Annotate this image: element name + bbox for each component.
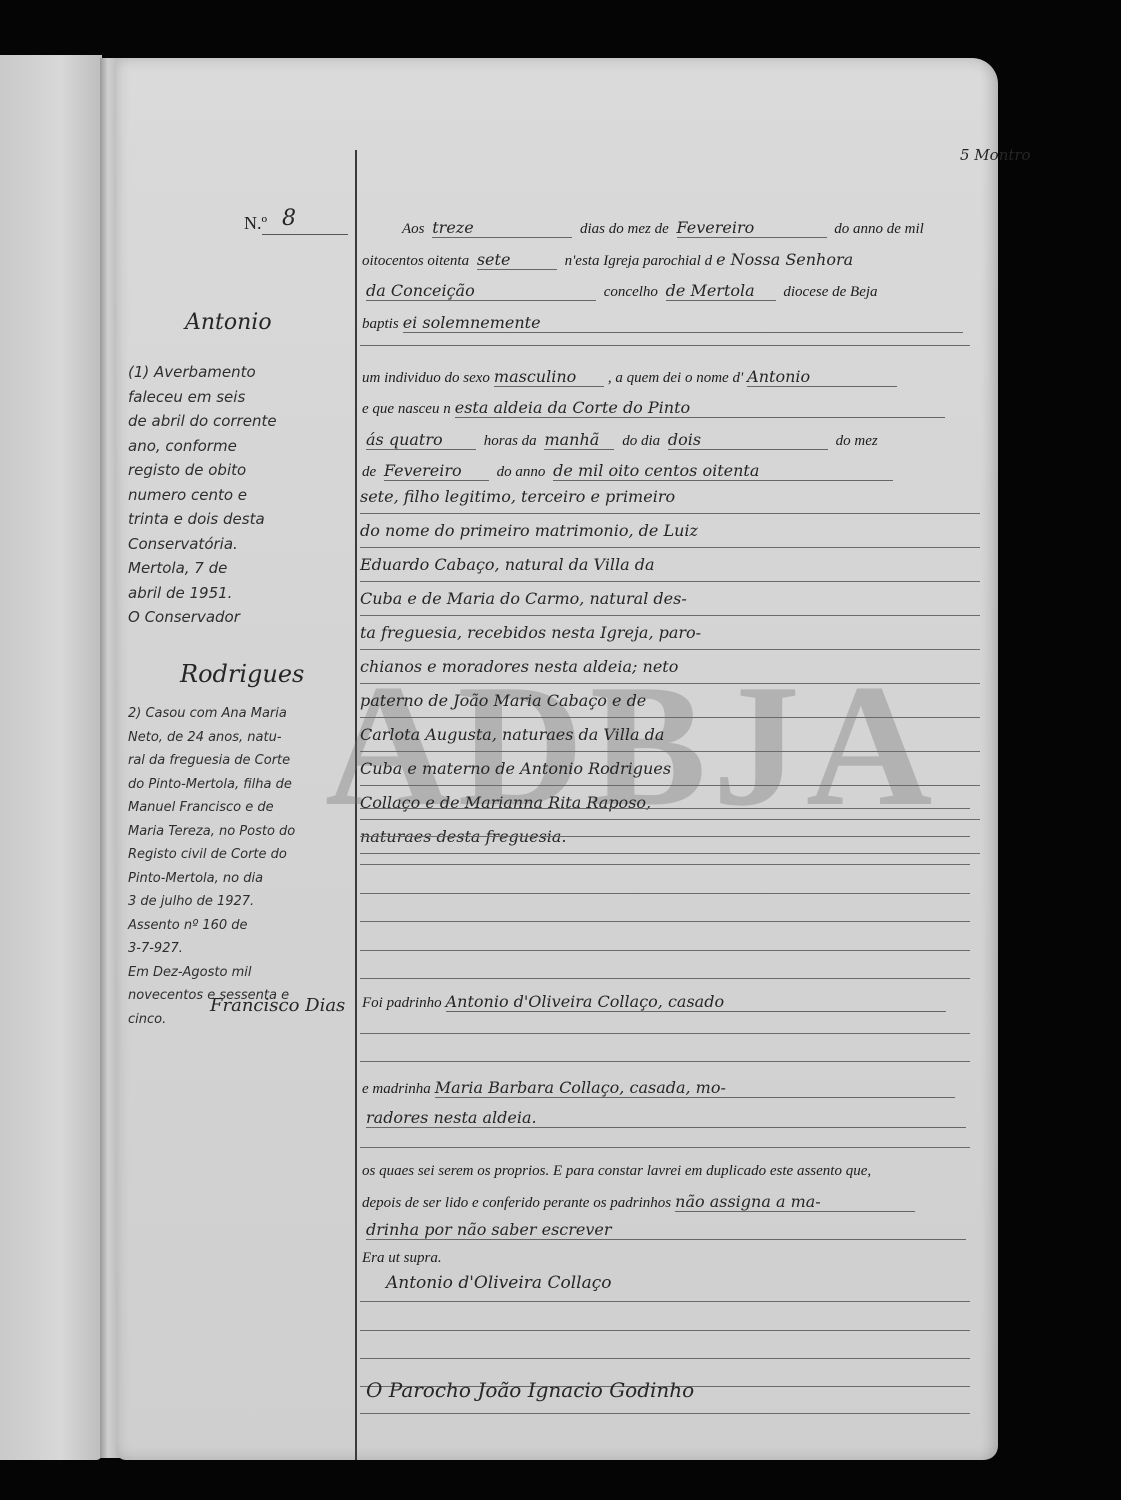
closing-line-2: depois de ser lido e conferido perante o… <box>362 1192 972 1212</box>
ruled-line <box>360 1358 970 1359</box>
ruled-line <box>360 836 970 837</box>
godmother-field-cont: radores nesta aldeia. <box>366 1108 966 1128</box>
ruled-line <box>360 1147 970 1148</box>
ruled-line <box>360 893 970 894</box>
form-line-baptised: baptisei solemnemente <box>362 313 972 333</box>
form-line-year-parish: oitocentos oitenta sete n'esta Igreja pa… <box>362 250 972 270</box>
hour-field: ás quatro <box>366 430 476 450</box>
priest-signature: O Parocho João Ignacio Godinho <box>366 1378 694 1402</box>
closing-line-1: os quaes sei serem os proprios. E para c… <box>362 1163 972 1180</box>
body-line: sete, filho legitimo, terceiro e primeir… <box>360 480 980 514</box>
closing-line-3: drinha por não saber escrever <box>362 1220 972 1240</box>
birth-day-field: dois <box>668 430 828 450</box>
note-line: Assento nº 160 de <box>128 914 356 938</box>
baptism-manner-field: ei solemnemente <box>403 313 963 333</box>
page-edge-shadow <box>980 58 998 1460</box>
note-line: faleceu em seis <box>128 385 356 410</box>
note-line: do Pinto-Mertola, filha de <box>128 773 356 797</box>
form-line-sex-name: um individuo do sexomasculino, a quem de… <box>362 367 972 387</box>
margin-note2-signature: Francisco Dias <box>210 995 345 1016</box>
margin-note-marriage-annotation: 2) Casou com Ana Maria Neto, de 24 anos,… <box>128 702 356 1031</box>
ruled-line <box>360 345 970 346</box>
form-line-date: Aos treze dias do mez de Fevereiro do an… <box>362 218 1012 238</box>
parish-cont-field: da Conceição <box>366 281 596 301</box>
birthplace-field: esta aldeia da Corte do Pinto <box>455 398 945 418</box>
note-line: 2) Casou com Ana Maria <box>128 702 356 726</box>
council-field: de Mertola <box>666 281 776 301</box>
form-line-birth-time: ás quatro horas da manhã do dia dois do … <box>362 430 972 450</box>
entry-number-label: N.º <box>244 213 267 234</box>
signing-note-field: não assigna a ma- <box>675 1192 915 1212</box>
birth-year-field: de mil oito centos oitenta <box>553 461 893 481</box>
note-line: Pinto-Mertola, no dia <box>128 867 356 891</box>
left-facing-page <box>0 55 102 1460</box>
body-line: Cuba e de Maria do Carmo, natural des- <box>360 582 980 616</box>
form-line-council: da Conceição concelho de Mertola diocese… <box>362 281 972 301</box>
birth-month-field: Fevereiro <box>384 461 489 481</box>
ruled-line <box>360 864 970 865</box>
margin-note1-signature: Rodrigues <box>180 660 304 688</box>
signing-note-cont: drinha por não saber escrever <box>366 1220 966 1240</box>
note-line: ral da freguesia de Corte <box>128 749 356 773</box>
margin-note-death-annotation: (1) Averbamento faleceu em seis de abril… <box>128 360 356 630</box>
note-line: abril de 1951. <box>128 581 356 606</box>
note-line: Em Dez-Agosto mil <box>128 961 356 985</box>
month-field: Fevereiro <box>677 218 827 238</box>
body-line: chianos e moradores nesta aldeia; neto <box>360 650 980 684</box>
body-line: paterno de João Maria Cabaço e de <box>360 684 980 718</box>
sex-field: masculino <box>494 367 604 387</box>
godfather-line: Foi padrinhoAntonio d'Oliveira Collaço, … <box>362 992 972 1012</box>
margin-child-name: Antonio <box>185 310 272 335</box>
note-line: Mertola, 7 de <box>128 556 356 581</box>
ruled-line <box>360 921 970 922</box>
body-line: Carlota Augusta, naturaes da Villa da <box>360 718 980 752</box>
note-line: ano, conforme <box>128 434 356 459</box>
body-line: do nome do primeiro matrimonio, de Luiz <box>360 514 980 548</box>
note-line: registo de obito <box>128 458 356 483</box>
note-line: O Conservador <box>128 605 356 630</box>
note-line: 3 de julho de 1927. <box>128 890 356 914</box>
note-line: (1) Averbamento <box>128 360 356 385</box>
entry-number: 8 <box>282 206 296 231</box>
period-field: manhã <box>544 430 614 450</box>
ruled-line <box>360 1413 970 1414</box>
corner-note: 5 Montro <box>960 146 1031 164</box>
body-line: naturaes desta freguesia. <box>360 820 980 854</box>
note-line: de abril do corrente <box>128 409 356 434</box>
ruled-line <box>360 1061 970 1062</box>
day-field: treze <box>432 218 572 238</box>
note-line: 3-7-927. <box>128 937 356 961</box>
note-line: Conservatória. <box>128 532 356 557</box>
padrinho-signature-line: Antonio d'Oliveira Collaço <box>362 1273 992 1293</box>
ruled-line <box>360 950 970 951</box>
body-line: ta freguesia, recebidos nesta Igreja, pa… <box>360 616 980 650</box>
note-line: numero cento e <box>128 483 356 508</box>
body-line: Cuba e materno de Antonio Rodrigues <box>360 752 980 786</box>
ruled-line <box>360 1033 970 1034</box>
note-line: Manuel Francisco e de <box>128 796 356 820</box>
note-line: Registo civil de Corte do <box>128 843 356 867</box>
era-ut-supra: Era ut supra. <box>362 1250 972 1267</box>
form-line-birthplace: e que nasceu nesta aldeia da Corte do Pi… <box>362 398 972 418</box>
godmother-line: e madrinhaMaria Barbara Collaço, casada,… <box>362 1078 972 1098</box>
body-line: Collaço e de Marianna Rita Raposo, <box>360 786 980 820</box>
ruled-line <box>360 978 970 979</box>
ruled-line <box>360 1301 970 1302</box>
godfather-field: Antonio d'Oliveira Collaço, casado <box>446 992 946 1012</box>
priest-signature-line: O Parocho João Ignacio Godinho <box>362 1378 972 1402</box>
form-line-birth-year: de Fevereiro do anno de mil oito centos … <box>362 461 972 481</box>
entry-body-text: sete, filho legitimo, terceiro e primeir… <box>360 480 980 854</box>
note-line: Maria Tereza, no Posto do <box>128 820 356 844</box>
child-name-field: Antonio <box>747 367 897 387</box>
parish-field: e Nossa Senhora <box>716 250 853 269</box>
ruled-line <box>360 1330 970 1331</box>
entry-number-underline <box>262 234 348 235</box>
note-line: Neto, de 24 anos, natu- <box>128 726 356 750</box>
godmother-line-cont: radores nesta aldeia. <box>362 1108 972 1128</box>
ruled-line <box>360 808 970 809</box>
note-line: trinta e dois desta <box>128 507 356 532</box>
body-line: Eduardo Cabaço, natural da Villa da <box>360 548 980 582</box>
year-field: sete <box>477 250 557 270</box>
padrinho-signature: Antonio d'Oliveira Collaço <box>386 1273 611 1293</box>
godmother-field: Maria Barbara Collaço, casada, mo- <box>435 1078 955 1098</box>
